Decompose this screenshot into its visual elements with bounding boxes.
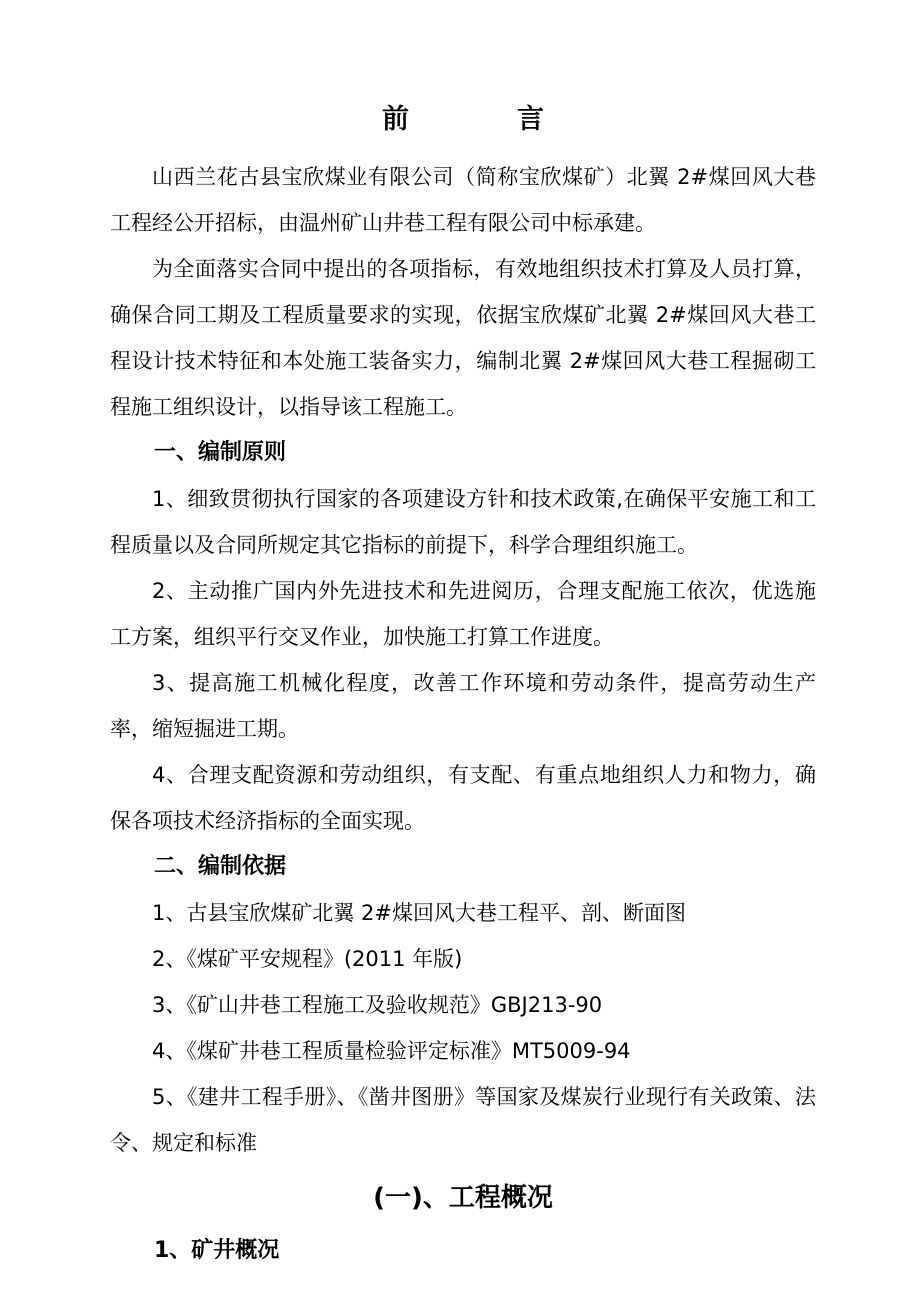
paragraph-basis-5: 5、《建井工程手册》、《凿井图册》等国家及煤炭行业现行有关政策、法令、规定和标准 [110,1074,816,1166]
document-title: 前 言 [110,96,816,144]
chapter-heading-project-overview: (一)、工程概况 [110,1170,816,1226]
subsection-heading-mine-overview: 1、矿井概况 [110,1228,816,1274]
paragraph-principle-2: 2、主动推广国内外先进技术和先进阅历，合理支配施工依次，优选施工方案，组织平行交… [110,568,816,660]
paragraph-principle-1: 1、细致贯彻执行国家的各项建设方针和技术政策,在确保平安施工和工程质量以及合同所… [110,476,816,568]
section-heading-compilation-basis: 二、编制依据 [110,844,816,890]
paragraph-basis-1: 1、古县宝欣煤矿北翼 2#煤回风大巷工程平、剖、断面图 [110,890,816,936]
paragraph-basis-2: 2、《煤矿平安规程》(2011 年版) [110,936,816,982]
paragraph-principle-4: 4、合理支配资源和劳动组织，有支配、有重点地组织人力和物力，确保各项技术经济指标… [110,752,816,844]
paragraph-principle-3: 3、提高施工机械化程度，改善工作环境和劳动条件，提高劳动生产率，缩短掘进工期。 [110,660,816,752]
document-page: 前 言 山西兰花古县宝欣煤业有限公司（简称宝欣煤矿）北翼 2#煤回风大巷工程经公… [0,0,920,1302]
paragraph-intro-tender: 山西兰花古县宝欣煤业有限公司（简称宝欣煤矿）北翼 2#煤回风大巷工程经公开招标，… [110,154,816,246]
paragraph-basis-3: 3、《矿山井巷工程施工及验收规范》GBJ213-90 [110,982,816,1028]
section-heading-compilation-principles: 一、编制原则 [110,430,816,476]
paragraph-basis-4: 4、《煤矿井巷工程质量检验评定标准》MT5009-94 [110,1028,816,1074]
paragraph-intro-purpose: 为全面落实合同中提出的各项指标，有效地组织技术打算及人员打算，确保合同工期及工程… [110,246,816,430]
